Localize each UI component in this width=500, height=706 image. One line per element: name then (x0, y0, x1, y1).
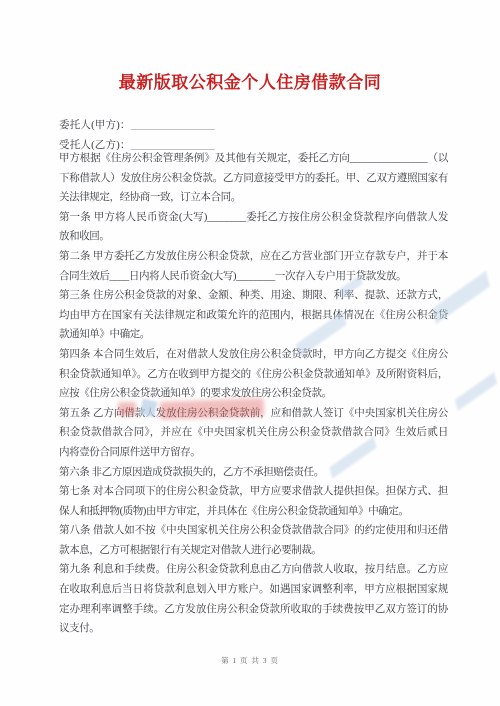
clause-5-line: 内将壹份合同原件送甲方留存。 (59, 444, 448, 464)
body-line: 关法律规定，经协商一致，订立本合同。 (59, 189, 448, 209)
field-party-a: 委托人(甲方)：________________ (59, 117, 448, 137)
clause-4-line: 积金贷款通知单》。乙方在收到甲方提交的《住房公积金贷款通知单》及所附资料后， (59, 366, 448, 386)
clause-9-line: 议支付。 (59, 620, 448, 640)
party-b-label: 受托人(乙方)： (59, 140, 131, 151)
clause-7-line: 保人和抵押物(质物)由甲方审定，并具体在《住房公积金贷款通知单》中确定。 (59, 503, 448, 523)
clause-1-line: 放和收回。 (59, 228, 448, 248)
clause-3-line: 第三条 住房公积金贷款的对象、金额、种类、用途、期限、利率、提款、还款方式， (59, 287, 448, 307)
body-line: 甲方根据《住房公积金管理条例》及其他有关规定，委托乙方向____________… (59, 150, 448, 170)
party-a-blank-line: ________________ (131, 120, 215, 131)
clause-9-line: 第九条 利息和手续费。住房公积金贷款利息由乙方向借款人收取，按月结息。乙方应 (59, 561, 448, 581)
clause-4-line: 第四条 本合同生效后，在对借款人发放住房公积金贷款时，甲方向乙方提交《住房公 (59, 346, 448, 366)
page-number-footer: 第 1 页 共 3 页 (0, 655, 500, 666)
party-a-label: 委托人(甲方)： (59, 120, 131, 131)
document-page: 最新版取公积金个人住房借款合同 委托人(甲方)：________________… (0, 0, 500, 706)
clause-7-line: 第七条 对本合同项下的住房公积金贷款，甲方应要求借款人提供担保。担保方式、担 (59, 483, 448, 503)
clause-5-line: 积金贷款借款合同》，并应在《中央国家机关住房公积金贷款借款合同》生效后贰日 (59, 424, 448, 444)
clause-5-line: 第五条 乙方向借款人发放住房公积金贷款前，应和借款人签订《中央国家机关住房公 (59, 405, 448, 425)
clause-3-line: 均由甲方在国家有关法律规定和政策允许的范围内，根据具体情况在《住房公积金贷 (59, 307, 448, 327)
clause-6-line: 第六条 非乙方原因造成贷款损失的，乙方不承担赔偿责任。 (59, 464, 448, 484)
party-b-blank-line: ________________ (131, 140, 215, 151)
clause-2-line: 第二条 甲方委托乙方发放住房公积金贷款，应在乙方营业部门开立存款专户，并于本 (59, 248, 448, 268)
clause-2-line: 合同生效后____日内将人民币资金(大写)________一次存入专户用于贷款发… (59, 268, 448, 288)
clause-8-line: 款本息，乙方可根据银行有关规定对借款人进行必要制裁。 (59, 542, 448, 562)
clause-1-line: 第一条 甲方将人民币资金(大写)________委托乙方按住房公积金贷款程序向借… (59, 209, 448, 229)
clause-8-line: 第八条 借款人如不按《中央国家机关住房公积金贷款借款合同》的约定使用和归还借 (59, 522, 448, 542)
document-title: 最新版取公积金个人住房借款合同 (0, 68, 500, 93)
contract-body: 甲方根据《住房公积金管理条例》及其他有关规定，委托乙方向____________… (59, 150, 448, 640)
clause-9-line: 定办理利率调整手续。乙方发放住房公积金贷款所收取的手续费按甲乙双方签订的协 (59, 601, 448, 621)
body-line: 下称借款人）发放住房公积金贷款。乙方同意接受甲方的委托。甲、乙双方遵照国家有 (59, 170, 448, 190)
clause-9-line: 在收取利息后当日将贷款利息划入甲方账户。如遇国家调整利率，甲方应根据国家规 (59, 581, 448, 601)
clause-3-line: 款通知单》中确定。 (59, 326, 448, 346)
clause-4-line: 应按《住房公积金贷款通知单》的要求发放住房公积金贷款。 (59, 385, 448, 405)
